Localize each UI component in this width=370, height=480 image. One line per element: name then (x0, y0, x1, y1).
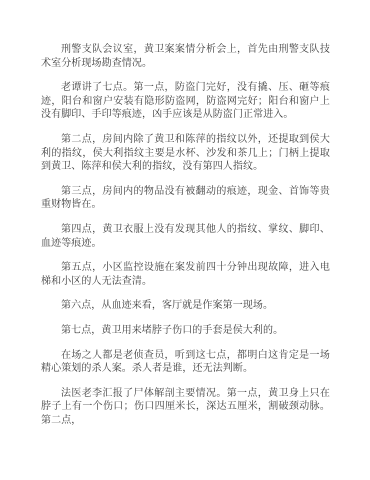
paragraph: 刑警支队会议室，黄卫案案情分析会上，首先由刑警支队技术室分析现场勘查情况。 (41, 43, 330, 70)
paragraph: 在场之人都是老侦查员，听到这七点，都明白这肯定是一场精心策划的杀人案。杀人者是谁… (41, 349, 330, 376)
paragraph: 第七点，黄卫用来堵脖子伤口的手套是侯大利的。 (41, 324, 330, 338)
paragraph: 第五点，小区监控设施在案发前四十分钟出现故障，进入电梯和小区的人无法查清。 (41, 261, 330, 288)
page-text: 刑警支队会议室，黄卫案案情分析会上，首先由刑警支队技术室分析现场勘查情况。 老谭… (41, 43, 330, 427)
paragraph: 法医老李汇报了尸体解剖主要情况。第一点，黄卫身上只在脖子上有一个伤口；伤口四厘米… (41, 387, 330, 428)
paragraph: 第二点，房间内除了黄卫和陈萍的指纹以外，还提取到侯大利的指纹，侯大利指纹主要是水… (41, 133, 330, 174)
paragraph: 第四点，黄卫衣服上没有发现其他人的指纹、掌纹、脚印、血迹等痕迹。 (41, 223, 330, 250)
paragraph: 第六点，从血迹来看，客厅就是作案第一现场。 (41, 299, 330, 313)
paragraph: 老谭讲了七点。第一点，防盗门完好，没有撬、压、砸等痕迹，阳台和窗户安装有隐形防盗… (41, 81, 330, 122)
paragraph: 第三点，房间内的物品没有被翻动的痕迹，现金、首饰等贵重财物皆在。 (41, 185, 330, 212)
reader-page: 刑警支队会议室，黄卫案案情分析会上，首先由刑警支队技术室分析现场勘查情况。 老谭… (0, 0, 370, 480)
